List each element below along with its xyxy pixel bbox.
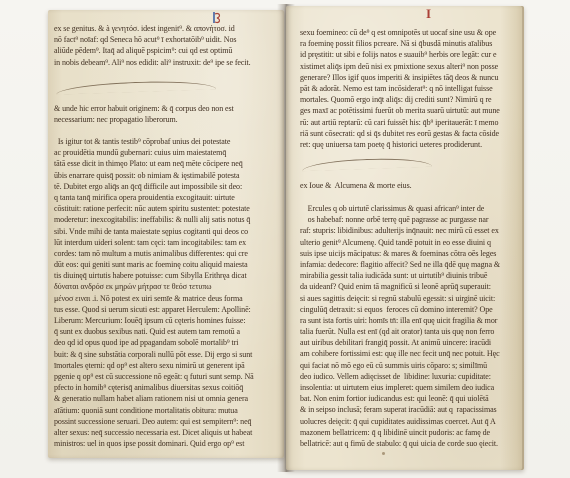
text-line: īmortales ęterni: qd op⁹ est altero sexu… [54, 360, 282, 371]
text-line: deo iudico. Vellem adięcisset de libidin… [300, 371, 520, 382]
text-line: q̄ sunt ex duobus sexibus nati. Quid est… [54, 326, 282, 337]
right-body-paragraph: Ercules q ob uirtutē clarissimus & quasi… [300, 203, 520, 449]
text-line: sexu foemineo: cū de⁹ q est omnipotēs ut… [300, 27, 520, 38]
left-body-paragraph: Is igitur tot & tantis testib⁹ cōprobaf … [54, 136, 282, 449]
ink-speck [382, 452, 385, 455]
text-line: ra sunt ista fortis uiri: homīs tn̄: ill… [300, 315, 520, 326]
heading-line: CCapitulum. ix. De Hercule: & gestis eiu… [300, 169, 520, 180]
heading-line: necessarium: nec propagatio liberorum. [54, 114, 282, 125]
text-line: infamia: dedecore: flagitio affecit? Sed… [300, 259, 520, 270]
text-line: talia fuerūt. Nulla est enī (qd ait orat… [300, 326, 520, 337]
text-line: ra foeminę possit filios pcreare. Nā si … [300, 38, 520, 49]
text-line: Ercules q ob uirtutē clarissimus & quasi… [300, 203, 520, 214]
text-line: ges maxī ac potētissimi fuerūt ob merita… [300, 105, 520, 116]
text-line: mazonem bellatricem: q̄ q libidinē uinci… [300, 427, 520, 438]
text-line: mirabilia gessit talia iudicāda sunt: ut… [300, 270, 520, 281]
right-heading-continuation: ex Ioue & Alcumena & morte eius. [300, 180, 520, 191]
text-line: riā sunt cōsecrati: qd si q̄s dubitet re… [300, 128, 520, 139]
text-line: si aues sagittis deięcit: si regnū stabu… [300, 293, 520, 304]
text-line: & generatio nullam habet aliam rationem … [54, 393, 282, 404]
text-line: tātā esse dicit in thimęo Plato: ut eam … [54, 158, 282, 169]
text-line: nō fact⁹ noīaf: qd Seneca hō acut⁹ ī exh… [54, 34, 282, 45]
text-line: os habebaf: nonne orbē terrę quē pagrass… [300, 214, 520, 225]
text-line: tē. Dubitet ergo aliq̄s an q̄cq̄ diffici… [54, 181, 282, 192]
heading-line: ex Ioue & Alcumena & morte eius. [300, 180, 520, 191]
text-line: bat. Non enim fortior iudicandus est: qu… [300, 393, 520, 404]
text-line: uolucres deięcit: q̄ qui cupiditates aui… [300, 416, 520, 427]
text-line: q tanta tanq̄ mirifica opera prouidentia… [54, 192, 282, 203]
text-line: ūbis enarrare quisq̄ possit: ob nimiam &… [54, 170, 282, 181]
right-chapter-heading: CCapitulum. ix. De Hercule: & gestis eiu… [300, 169, 520, 191]
right-top-paragraph: sexu foemineo: cū de⁹ q est omnipotēs ut… [300, 27, 520, 150]
heading-line: CCapitulū. viii . De cęcitate eorū qui p… [54, 92, 282, 103]
text-line: ex se genitus. & à γενητόσ. idest ingeni… [54, 23, 282, 34]
text-line: raf: stupris: libidinibus: adulterijs in… [300, 225, 520, 236]
text-line: aliūde pēdem⁹. Itaq̄ ad aliquē pspicim⁹:… [54, 45, 282, 56]
text-line: in nobis debeam⁹. Ali⁹ nos edidit: ali⁹ … [54, 57, 282, 68]
left-chapter-heading: CCapitulū. viii . De cęcitate eorū qui p… [54, 92, 282, 126]
left-heading-continuation: & unde hic error habuit originem: & q̄ c… [54, 103, 282, 125]
heading-line: & unde hic error habuit originem: & q̄ c… [54, 103, 282, 114]
text-line: aīātium: quoniā sunt conditione mortalit… [54, 405, 282, 416]
text-line: ulterio genit⁹ Alcumenę. Quid tandē potu… [300, 237, 520, 248]
text-line: cingulūq̄ detraxit: si equos feroces cū … [300, 304, 520, 315]
text-line: pgenie q op⁹ est cū successione nō egeāt… [54, 371, 282, 382]
text-line: qui faciat nō mō ego eū cū summis uiris … [300, 360, 520, 371]
book-photo: ex se genitus. & à γενητόσ. idest ingeni… [0, 0, 570, 478]
text-line: da uideanf? Quid enim tā magnificū si le… [300, 281, 520, 292]
text-line: generare? Illos igif quos imperiti & ins… [300, 72, 520, 83]
text-line: deo qd id opus quod ipe ad ppagandam sob… [54, 337, 282, 348]
text-line: buit: & q̄ sine substātia corporali null… [54, 349, 282, 360]
folio-numeral: I [426, 6, 431, 22]
text-line: bellatricē: aut q fimū de stabulo: q̄ qu… [300, 438, 520, 449]
text-line: ministros: uel in quos ipse possit domin… [54, 438, 282, 449]
text-line: xistimet aliq̄s ipm deū nisi ex pmixtion… [300, 61, 520, 72]
text-line: Is igitur tot & tantis testib⁹ cōprobaf … [54, 136, 282, 147]
text-line: am cohibere fortissimi est: quę ille nec… [300, 348, 520, 359]
text-line: Liberum: Mercurium: Iouēq̄ ipsum cū cęte… [54, 315, 282, 326]
text-line: aut uiribus debilitari frangiq̄ possit. … [300, 337, 520, 348]
text-line: & in seipso inclusā; feram superat iracū… [300, 404, 520, 415]
text-line: possint successione seruari. Deo autem: … [54, 416, 282, 427]
text-line: id pręstitit: ut sibi e folijs natos e s… [300, 49, 520, 60]
text-line: sibi. Vnde mihi de tanta maiestate sępiu… [54, 226, 282, 237]
text-line: insolentia: ut uirtutem eius impleret: q… [300, 382, 520, 393]
text-line: lūt interdum uideri solent: tam cęci: ta… [54, 237, 282, 248]
left-intro-paragraph: ex se genitus. & à γενητόσ. idest ingeni… [54, 23, 282, 68]
text-line: pfecto in homib⁹ cęterisq̄ animalibus di… [54, 382, 282, 393]
left-page: ex se genitus. & à γενητόσ. idest ingeni… [48, 10, 284, 458]
text-line: ret: quę uniuersa tam poetę q̄ historici… [300, 139, 520, 150]
text-line: pāt & adorāt. Nemo est tam incōsiderat⁹:… [300, 83, 520, 94]
text-line: tis diuinęq̄ uirtutis habere potuisse: c… [54, 270, 282, 281]
text-line: alter sexus: neq̄ successio necessaria e… [54, 427, 282, 438]
text-line: rū: aut artiū reptarū: cū cari fuissēt h… [300, 117, 520, 128]
text-line: cordes: tam nō multum a mutis animalibus… [54, 248, 282, 259]
text-line: δύναται ανδρόσ εκ μηρών μήτρασ τε θεόσ τ… [54, 281, 282, 292]
right-page: I sexu foemineo: cū de⁹ q est omnipotēs … [286, 6, 524, 470]
text-line: mortales. Quomō ergo inq̄t aliq̄s: dij c… [300, 94, 520, 105]
text-line: dūt eos: qui geniti sunt maris ac foemin… [54, 259, 282, 270]
text-line: cōstituit: ratione perfecit: nūc autem s… [54, 203, 282, 214]
text-line: moderetur: inexcogitabilis: ineffabilis:… [54, 214, 282, 225]
text-line: ac prouidētia mundū gubernari: cuius uim… [54, 147, 282, 158]
text-line: suis ipse uicijs mācipatus: & mares & fo… [300, 248, 520, 259]
text-line: μένοσ ειναι .i. Nō potest ex uiri semīe … [54, 293, 282, 304]
text-line: tus esse. Quod si uerum sicuti est: appa… [54, 304, 282, 315]
